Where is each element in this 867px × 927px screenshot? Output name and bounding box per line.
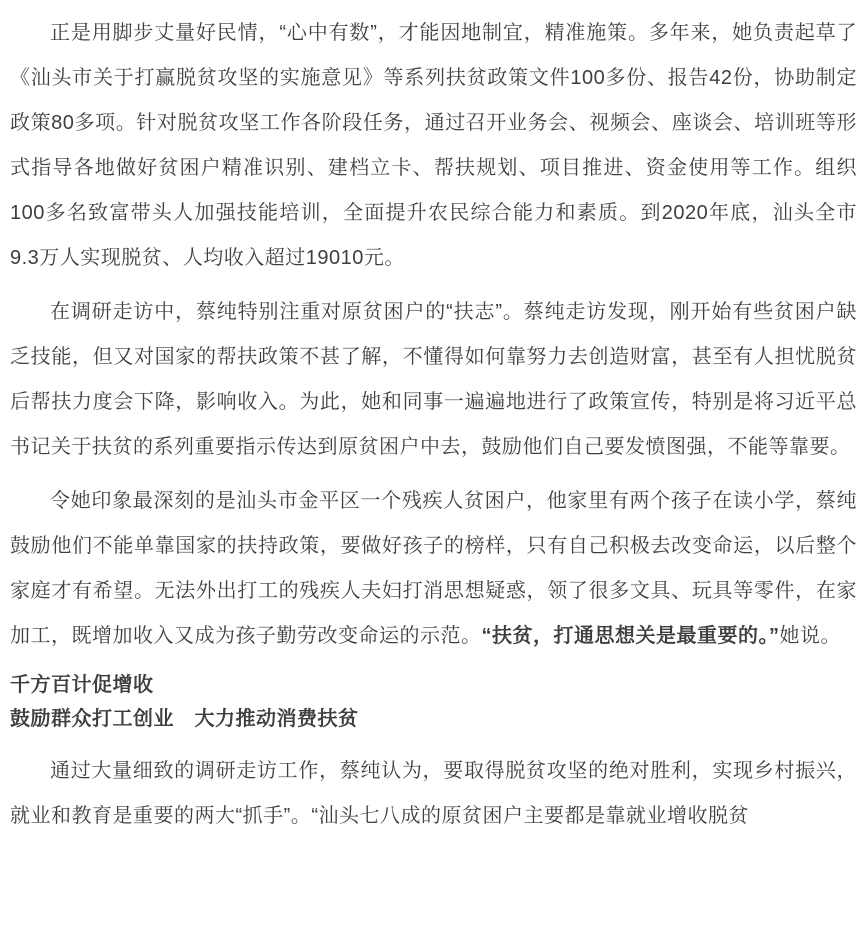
paragraph-policy-work: 正是用脚步丈量好民情，“心中有数”，才能因地制宜，精准施策。多年来，她负责起草了… bbox=[10, 11, 857, 281]
article-body: 正是用脚步丈量好民情，“心中有数”，才能因地制宜，精准施策。多年来，她负责起草了… bbox=[0, 0, 867, 839]
section-heading-line1: 千方百计促增收 bbox=[10, 668, 857, 702]
speaker-attribution: 她说。 bbox=[780, 625, 842, 647]
section-heading-line2: 鼓励群众打工创业 大力推动消费扶贫 bbox=[10, 702, 857, 736]
paragraph-disabled-household-story: 令她印象最深刻的是汕头市金平区一个残疾人贫困户，他家里有两个孩子在读小学，蔡纯鼓… bbox=[10, 479, 857, 659]
paragraph-fuzhi-aspiration: 在调研走访中，蔡纯特别注重对原贫困户的“扶志”。蔡纯走访发现，刚开始有些贫困户缺… bbox=[10, 290, 857, 470]
emphasized-quote: “扶贫，打通思想关是最重要的。” bbox=[482, 625, 780, 647]
section-heading-block: 千方百计促增收 鼓励群众打工创业 大力推动消费扶贫 bbox=[10, 668, 857, 736]
paragraph-employment-education: 通过大量细致的调研走访工作，蔡纯认为，要取得脱贫攻坚的绝对胜利，实现乡村振兴，就… bbox=[10, 749, 857, 839]
paragraph-text: 令她印象最深刻的是汕头市金平区一个残疾人贫困户，他家里有两个孩子在读小学，蔡纯鼓… bbox=[10, 490, 857, 647]
